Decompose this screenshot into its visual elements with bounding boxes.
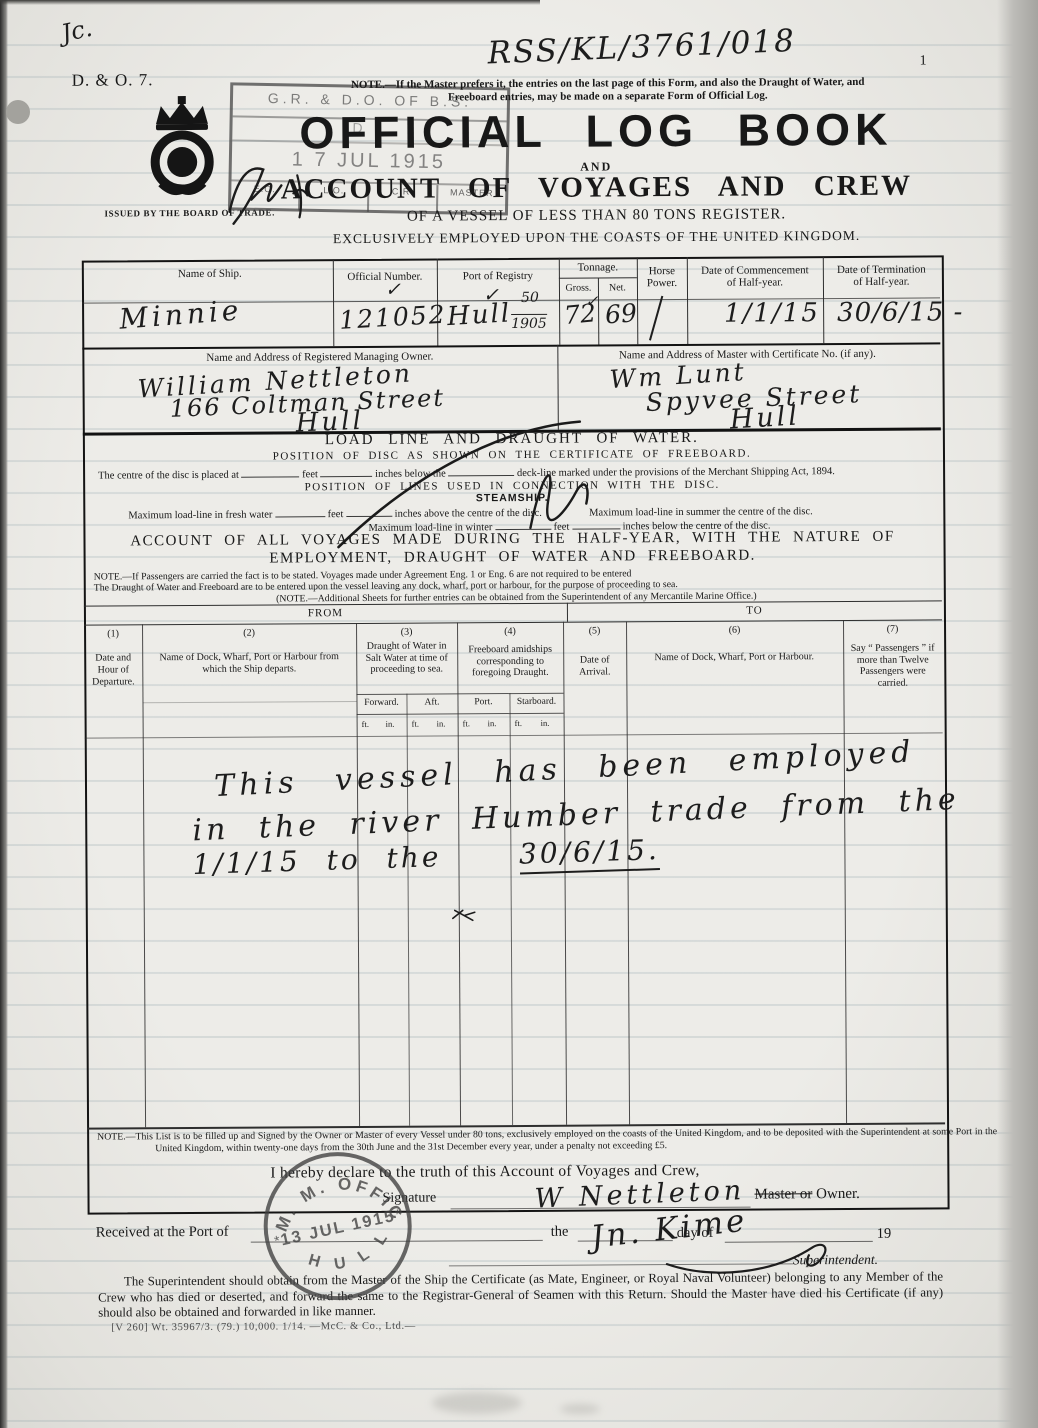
top-note-line1: NOTE.—If the Master prefers it, the entr… [351,76,865,91]
top-note: NOTE.—If the Master prefers it, the entr… [308,76,908,106]
scanned-log-book-page: Jc. D. & O. 7. ISSUED BY THE BOARD OF TR… [0,0,1038,1428]
page-number: 1 [920,53,927,69]
starboard-subcol: Starboard. [509,697,563,707]
units-in: in. [386,719,395,729]
col-net: Net. [598,282,637,293]
received-the-label: the [551,1224,569,1241]
commencement-date-value: 1/1/15 [724,298,820,329]
check-mark: ✓ [585,292,599,311]
units-in: in. [488,718,497,728]
superintendent-label: Superintendent. [793,1252,878,1269]
handwritten-reference-number: RSS/KL/3761/018 [487,23,797,72]
col2-header: Name of Dock, Wharf, Port or Harbour fro… [152,651,346,676]
col-horse-power: HorsePower. [638,265,686,289]
subtitle-coasts: EXCLUSIVELY EMPLOYED UPON THE COASTS OF … [277,228,917,248]
port-of-registry-value: Hull [446,298,512,332]
port-registry-number-top: 50 [521,290,539,306]
master-or-owner: Master or Owner. [754,1186,860,1204]
superintendent-note: The Superintendent should obtain from th… [98,1269,943,1321]
forward-subcol: Forward. [356,698,406,708]
units-ft: ft. [515,718,522,728]
colnum-3: (3) [356,626,457,638]
page-subtitle: ACCOUNT OF VOYAGES AND CREW [246,169,946,206]
handwritten-corner-mark: Jc. [59,14,95,48]
col-port-of-registry: Port of Registry [439,270,557,283]
col-termination: Date of Terminationof Half-year. [825,263,938,288]
received-at-port-label: Received at the Port of [96,1224,229,1242]
colnum-4: (4) [457,626,563,638]
master-header: Name and Address of Master with Certific… [562,347,932,361]
colnum-6: (6) [626,624,843,636]
port-subcol: Port. [457,697,509,707]
units-in: in. [541,718,550,728]
col4-header: Freeboard amidships corresponding to for… [459,644,561,679]
page-title: OFFICIAL LOG BOOK [276,104,916,160]
colnum-1: (1) [84,628,142,639]
received-19-label: 19 [877,1226,892,1243]
to-band: TO [567,603,942,617]
col6-header: Name of Dock, Wharf, Port or Harbour. [639,651,829,664]
underlined-date: 30/6/15. [518,833,660,875]
printer-imprint: [V 260] Wt. 35967/3. (79.) 10,000. 1/14.… [111,1321,416,1334]
port-registry-number-bottom: 1905 [511,314,547,332]
col3-header: Draught of Water in Salt Water at time o… [358,640,455,675]
small-ink-mark [451,906,477,924]
termination-date-value: 30/6/15 - [837,297,963,328]
col5-header: Date of Arrival. [564,654,625,678]
col7-header: Say “ Passengers ” if more than Twelve P… [844,642,941,689]
col-name-of-ship: Name of Ship. [92,267,328,280]
net-tonnage-value: 69 [604,298,638,329]
check-mark: ✓ [483,284,499,306]
top-note-line2: Freeboard entries, may be made on a sepa… [448,89,768,103]
struck-master-or: Master or [754,1186,812,1202]
col1-header: Date and Hour of Departure. [85,652,141,688]
aft-subcol: Aft. [406,697,457,707]
subtitle-vessel: OF A VESSEL OF LESS THAN 80 TONS REGISTE… [276,206,916,227]
colnum-7: (7) [843,623,942,635]
blank-feet [241,465,299,477]
colnum-5: (5) [563,625,626,636]
colnum-2: (2) [142,627,356,639]
units-ft: ft. [362,719,369,729]
form-code: D. & O. 7. [72,70,154,90]
col-tonnage: Tonnage. [559,261,637,273]
units-ft: ft. [412,719,419,729]
check-mark: ✓ [385,279,401,301]
mm-office-circular-stamp: M. M. OFFICE H U L L 13 JUL 1915 * * [232,1120,444,1332]
col-commencement: Date of Commencementof Half-year. [689,264,821,289]
owner-word: Owner. [816,1186,860,1202]
units-ft: ft. [463,718,470,728]
units-in: in. [437,718,446,728]
